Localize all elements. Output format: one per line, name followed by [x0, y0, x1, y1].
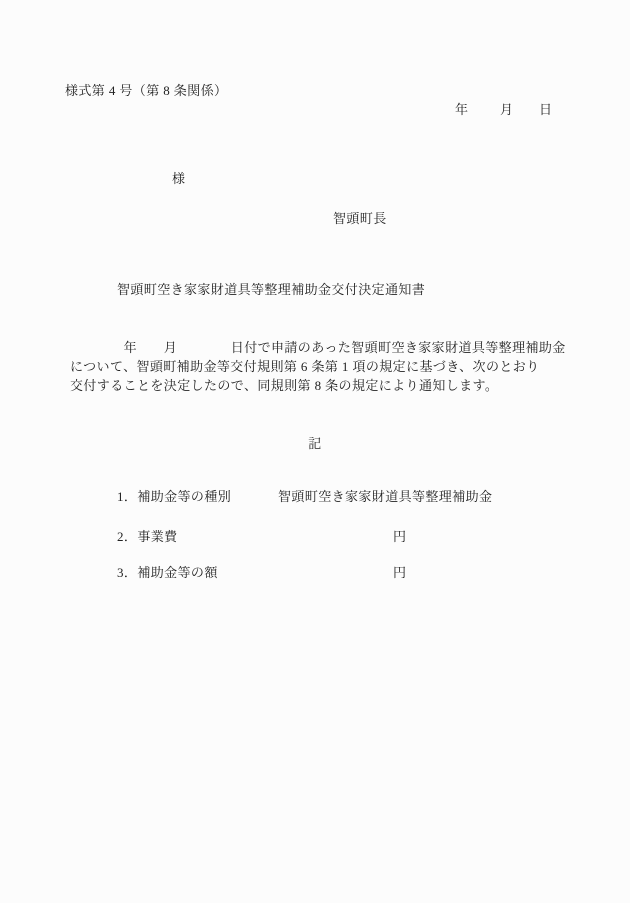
date-month-label: 月 — [500, 103, 513, 116]
body-line: 年 月 日付で申請のあった智頭町空き家家財道具等整理補助金 — [70, 341, 566, 354]
item-label: 補助金等の種別 — [137, 489, 231, 504]
document-page: 様式第 4 号（第 8 条関係） 年 月 日 様 智頭町長 智頭町空き家家財道具… — [0, 0, 630, 903]
document-title: 智頭町空き家家財道具等整理補助金交付決定通知書 — [117, 283, 425, 296]
sender-name: 智頭町長 — [333, 212, 387, 225]
addressee-honorific: 様 — [172, 172, 185, 185]
date-day-label: 日 — [539, 103, 552, 116]
record-marker: 記 — [0, 437, 630, 450]
item-number-label: 2．事業費 — [117, 530, 178, 543]
item-number-label: 1．補助金等の種別 — [117, 490, 231, 503]
item-value: 智頭町空き家家財道具等整理補助金 — [278, 490, 492, 503]
item-label: 事業費 — [137, 529, 177, 544]
body-line: 交付することを決定したので、同規則第 8 条の規定により通知します。 — [70, 379, 498, 392]
item-number: 2． — [117, 529, 137, 544]
item-number: 3． — [117, 565, 137, 580]
date-year-label: 年 — [455, 103, 468, 116]
item-unit: 円 — [393, 530, 406, 543]
item-number: 1． — [117, 489, 137, 504]
body-line: について、智頭町補助金等交付規則第 6 条第 1 項の規定に基づき、次のとおり — [70, 360, 540, 373]
item-number-label: 3．補助金等の額 — [117, 566, 218, 579]
item-unit: 円 — [393, 566, 406, 579]
form-number: 様式第 4 号（第 8 条関係） — [65, 84, 227, 97]
item-label: 補助金等の額 — [137, 565, 217, 580]
